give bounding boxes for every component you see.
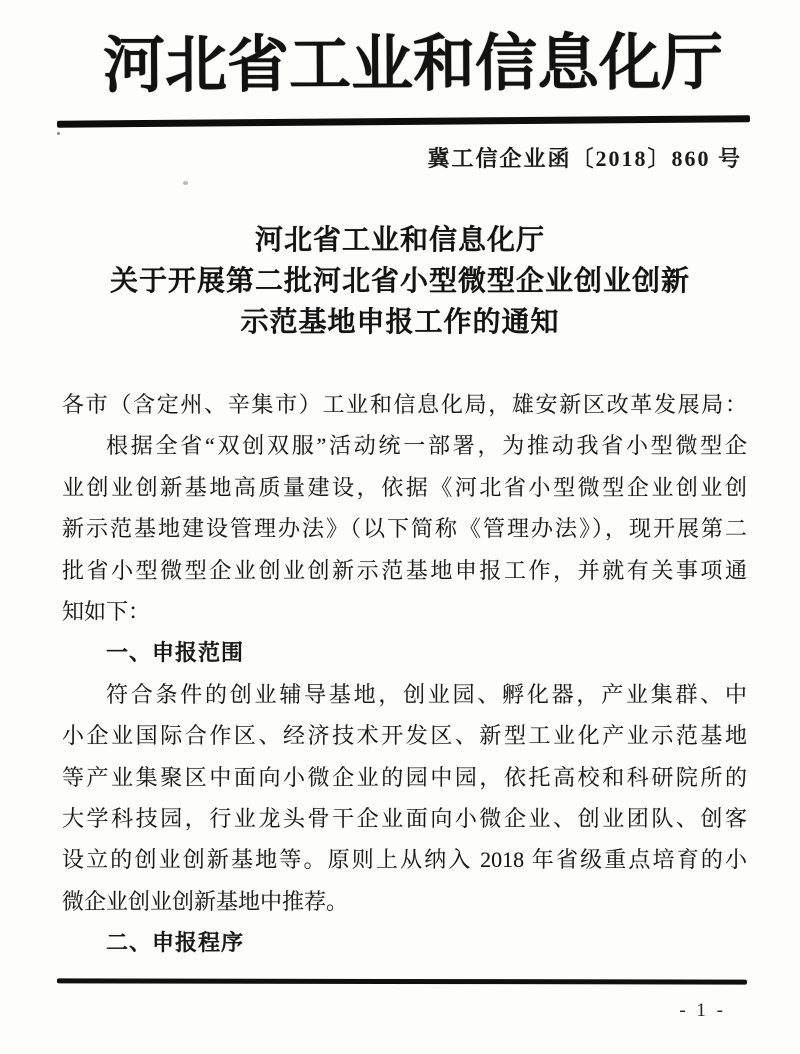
body-line: 微企业创业创新基地中推荐。 bbox=[62, 881, 747, 922]
body-line: 根据全省“双创双服”活动统一部署，为推动我省小型微型企 bbox=[62, 425, 747, 466]
masthead-divider-rule bbox=[57, 115, 750, 127]
scan-artifact-speck bbox=[183, 181, 188, 185]
body-line: 业创业创新基地高质量建设，依据《河北省小型微型企业创业创 bbox=[62, 467, 747, 508]
body-line: 符合条件的创业辅导基地，创业园、孵化器，产业集群、中 bbox=[62, 674, 747, 715]
notice-title-line-3: 示范基地申报工作的通知 bbox=[0, 301, 800, 342]
document-reference-number: 冀工信企业函〔2018〕860 号 bbox=[427, 142, 742, 173]
body-line: 大学科技园，行业龙头骨干企业面向小微企业、创业团队、创客 bbox=[62, 798, 747, 839]
agency-masthead: 河北省工业和信息化厅 bbox=[13, 12, 800, 105]
body-line: 设立的创业创新基地等。原则上从纳入 2018 年省级重点培育的小 bbox=[62, 839, 747, 880]
page-number: - 1 - bbox=[679, 1000, 726, 1022]
body-line: 批省小型微型企业创业创新示范基地申报工作，并就有关事项通 bbox=[62, 550, 747, 591]
addressee-line: 各市（含定州、辛集市）工业和信息化局，雄安新区改革发展局： bbox=[62, 384, 747, 425]
footer-divider-rule bbox=[57, 978, 747, 984]
scan-artifact-speck bbox=[57, 132, 60, 135]
document-body: 各市（含定州、辛集市）工业和信息化局，雄安新区改革发展局： 根据全省“双创双服”… bbox=[62, 384, 747, 964]
body-line: 知如下： bbox=[62, 591, 747, 632]
body-line: 小企业国际合作区、经济技术开发区、新型工业化产业示范基地 bbox=[62, 715, 747, 756]
body-line: 新示范基地建设管理办法》（以下简称《管理办法》），现开展第二 bbox=[62, 508, 747, 549]
notice-title-line-1: 河北省工业和信息化厅 bbox=[0, 219, 800, 260]
notice-title: 河北省工业和信息化厅 关于开展第二批河北省小型微型企业创业创新 示范基地申报工作… bbox=[0, 219, 800, 342]
notice-title-line-2: 关于开展第二批河北省小型微型企业创业创新 bbox=[0, 260, 800, 301]
scanned-document-page: 河北省工业和信息化厅 冀工信企业函〔2018〕860 号 河北省工业和信息化厅 … bbox=[0, 0, 800, 1054]
section-heading-1: 一、申报范围 bbox=[62, 632, 747, 673]
section-heading-2: 二、申报程序 bbox=[62, 922, 747, 963]
body-line: 等产业集聚区中面向小微企业的园中园，依托高校和科研院所的 bbox=[62, 757, 747, 798]
